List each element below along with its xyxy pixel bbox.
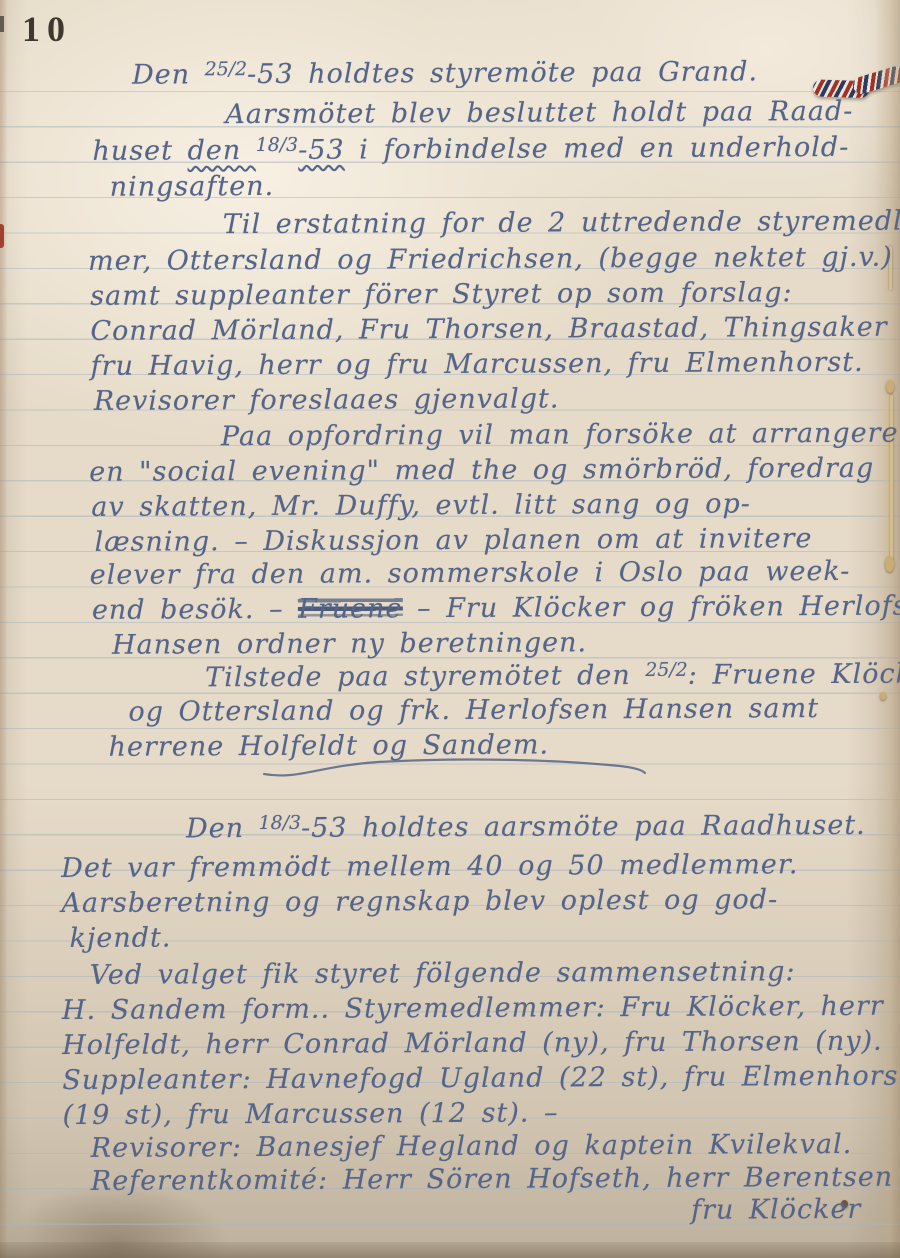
handwritten-line: av skatten, Mr. Duffy, evtl. litt sang o… xyxy=(91,489,751,522)
handwriting-segment: -53 xyxy=(298,135,345,166)
handwriting-segment: en "social evening" med the og smörbröd,… xyxy=(89,453,874,488)
handwritten-line: Hansen ordner ny beretningen. xyxy=(112,628,587,660)
handwritten-line: elever fra den am. sommerskole i Oslo pa… xyxy=(90,557,851,591)
handwriting-segment: Holfeldt, herr Conrad Mörland (ny), fru … xyxy=(62,1026,883,1061)
handwriting-segment: huset xyxy=(92,135,187,166)
handwritten-line: Ved valget fik styret fölgende sammenset… xyxy=(90,957,796,990)
handwriting-segment: Revisorer: Banesjef Hegland og kaptein K… xyxy=(91,1129,853,1164)
handwriting-segment: end besök. – xyxy=(92,594,298,626)
handwritten-line: (19 st), fru Marcussen (12 st). – xyxy=(62,1098,558,1130)
struck-word: Fruene xyxy=(298,593,403,625)
handwriting-segment: Hansen ordner ny beretningen. xyxy=(112,627,587,660)
handwritten-line: end besök. – Fruene – Fru Klöcker og frö… xyxy=(92,591,900,625)
handwriting-segment: (19 st), fru Marcussen (12 st). – xyxy=(62,1097,558,1131)
handwritten-line: huset den 18/3-53 i forbindelse med en u… xyxy=(92,132,849,167)
handwriting-segment: i forbindelse med en underhold- xyxy=(345,132,850,166)
handwritten-line: læsning. – Diskussjon av planen om at in… xyxy=(94,524,812,557)
handwriting-segment: samt suppleanter förer Styret op som for… xyxy=(90,277,792,312)
handwriting-segment: den xyxy=(187,135,255,166)
handwriting-segment: H. Sandem form.. Styremedlemmer: Fru Klö… xyxy=(62,991,884,1026)
handwritten-line: Revisorer foreslaaes gjenvalgt. xyxy=(94,384,560,416)
handwriting-segment: Den xyxy=(132,59,205,90)
handwriting-segment: Referentkomité: Herr Sören Hofseth, herr… xyxy=(91,1162,893,1197)
handwritten-line: Aarsmötet blev besluttet holdt paa Raad- xyxy=(225,97,853,130)
handwriting-segment: mer, Ottersland og Friedrichsen, (begge … xyxy=(88,242,893,277)
handwriting-segment: fru Havig, herr og fru Marcussen, fru El… xyxy=(91,347,864,382)
handwriting-segment: ningsaften. xyxy=(110,171,275,203)
handwriting-segment: Revisorer foreslaaes gjenvalgt. xyxy=(94,383,560,416)
handwritten-line: Paa opfordring vil man forsöke at arrang… xyxy=(221,419,899,452)
handwritten-line: Det var fremmödt mellem 40 og 50 medlemm… xyxy=(61,850,798,884)
section-divider-flourish xyxy=(258,752,650,786)
handwriting-segment: Conrad Mörland, Fru Thorsen, Braastad, T… xyxy=(90,312,887,347)
handwriting-segment: 18/3 xyxy=(259,812,302,834)
handwriting-segment: Det var fremmödt mellem 40 og 50 medlemm… xyxy=(61,849,798,884)
handwritten-line: fru Klöcker xyxy=(691,1195,861,1226)
handwritten-line: Revisorer: Banesjef Hegland og kaptein K… xyxy=(91,1130,853,1164)
handwriting-segment: og Ottersland og frk. Herlofsen Hansen s… xyxy=(128,693,819,728)
handwriting-segment: fru Klöcker xyxy=(691,1194,861,1226)
handwriting-segment: Paa opfordring vil man forsöke at arrang… xyxy=(221,418,899,453)
handwritten-line: H. Sandem form.. Styremedlemmer: Fru Klö… xyxy=(62,992,884,1026)
handwritten-line: mer, Ottersland og Friedrichsen, (begge … xyxy=(88,243,893,277)
handwriting-segment: 25/2 xyxy=(645,659,688,681)
handwritten-line: Conrad Mörland, Fru Thorsen, Braastad, T… xyxy=(90,313,887,347)
handwritten-line: Til erstatning for de 2 uttredende styre… xyxy=(223,206,900,240)
handwriting-layer: Den 25/2-53 holdtes styremöte paa Grand.… xyxy=(0,0,900,1258)
handwriting-segment: av skatten, Mr. Duffy, evtl. litt sang o… xyxy=(91,488,751,522)
handwritten-line: fru Havig, herr og fru Marcussen, fru El… xyxy=(91,348,864,382)
handwriting-segment: Suppleanter: Havnefogd Ugland (22 st), f… xyxy=(62,1061,900,1096)
handwritten-line: en "social evening" med the og smörbröd,… xyxy=(89,454,874,488)
notebook-page: 10 Den 25/2-53 holdtes styremöte paa Gra… xyxy=(0,0,900,1258)
handwriting-segment: Ved valget fik styret fölgende sammenset… xyxy=(90,956,796,991)
handwriting-segment: -53 holdtes styremöte paa Grand. xyxy=(247,56,758,90)
handwritten-line: Tilstede paa styremötet den 25/2: Fruene… xyxy=(205,658,900,693)
handwriting-segment: læsning. – Diskussjon av planen om at in… xyxy=(94,523,812,558)
handwritten-line: Suppleanter: Havnefogd Ugland (22 st), f… xyxy=(62,1062,900,1096)
handwriting-segment: 18/3 xyxy=(256,134,299,156)
handwriting-segment: Aarsberetning og regnskap blev oplest og… xyxy=(61,884,778,919)
handwriting-segment: elever fra den am. sommerskole i Oslo pa… xyxy=(90,556,851,591)
handwriting-segment: Tilstede paa styremötet den xyxy=(205,660,645,693)
handwriting-segment: kjendt. xyxy=(70,922,172,954)
handwritten-line: og Ottersland og frk. Herlofsen Hansen s… xyxy=(128,694,819,727)
handwriting-segment: 25/2 xyxy=(205,58,248,80)
handwritten-line: Referentkomité: Herr Sören Hofseth, herr… xyxy=(91,1163,893,1197)
handwritten-line: Den 18/3-53 holdtes aarsmöte paa Raadhus… xyxy=(186,810,866,844)
bottom-page-shadow xyxy=(0,1242,900,1258)
handwriting-segment: Den xyxy=(186,813,259,844)
handwritten-line: Aarsberetning og regnskap blev oplest og… xyxy=(61,885,778,918)
handwritten-line: Holfeldt, herr Conrad Mörland (ny), fru … xyxy=(62,1027,883,1061)
handwriting-segment: Til erstatning for de 2 uttredende styre… xyxy=(223,205,900,240)
handwritten-line: kjendt. xyxy=(70,923,172,953)
handwriting-segment: : Fruene Klöcker xyxy=(688,658,900,690)
handwritten-line: Den 25/2-53 holdtes styremöte paa Grand. xyxy=(132,56,758,90)
handwritten-line: ningsaften. xyxy=(110,172,275,203)
handwriting-segment: -53 holdtes aarsmöte paa Raadhuset. xyxy=(301,810,866,844)
handwriting-segment: – Fru Klöcker og fröken Herlofsen xyxy=(402,590,900,624)
handwriting-segment: Aarsmötet blev besluttet holdt paa Raad- xyxy=(225,96,853,130)
handwritten-line: samt suppleanter förer Styret op som for… xyxy=(90,278,792,311)
